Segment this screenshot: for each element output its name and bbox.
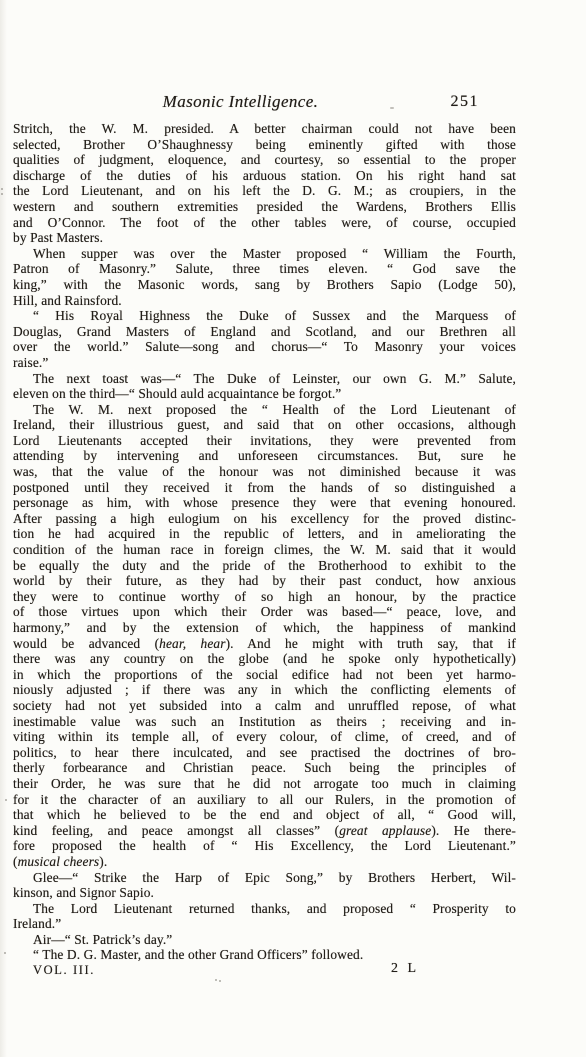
volume-label: VOL. III. [33,963,95,978]
paragraph: Glee—“ Strike the Harp of Epic Song,” by… [13,870,516,901]
text-line: inestimable value was such an Institutio… [13,714,516,730]
text-line: Stritch, the W. M. presided. A better ch… [13,121,516,137]
paragraph: “ His Royal Highness the Duke of Sussex … [13,308,516,370]
paragraph: When supper was over the Master proposed… [13,246,516,308]
text-line: qualities of judgment, eloquence, and co… [13,152,516,168]
text-line: Glee—“ Strike the Harp of Epic Song,” by… [13,870,516,886]
book-page: Masonic Intelligence. 251 Stritch, the W… [0,0,586,1057]
text-line: would be advanced (hear, hear). And he m… [13,636,516,652]
paragraph: The Lord Lieutenant returned thanks, and… [13,901,516,932]
text-line: Patron of Masonry.” Salute, three times … [13,261,516,277]
text-line: “ His Royal Highness the Duke of Sussex … [13,308,516,324]
text-line: eleven on the third—“ Should auld acquai… [13,386,516,402]
paragraph: The next toast was—“ The Duke of Leinste… [13,371,516,402]
text-line: Ireland, their illustrious guest, and sa… [13,417,516,433]
text-line: The W. M. next proposed the “ Health of … [13,402,516,418]
text-line: was, that the value of the honour was no… [13,464,516,480]
text-line: Hill, and Rainsford. [13,293,516,309]
text-line: selected, Brother O’Shaughnessy being em… [13,137,516,153]
text-line: personage as him, with whose presence th… [13,495,516,511]
ink-speck [1,188,3,190]
ink-speck [215,979,217,981]
text-line: king,” with the Masonic words, sang by B… [13,277,516,293]
text-line: Ireland.” [13,916,516,932]
text-line: After passing a high eulogium on his exc… [13,511,516,527]
ink-speck [390,107,394,109]
text-line: over the world.” Salute—song and chorus—… [13,339,516,355]
running-title: Masonic Intelligence. [163,92,319,112]
ink-speck [4,952,6,954]
text-line: The next toast was—“ The Duke of Leinste… [13,371,516,387]
text-line: kind feeling, and peace amongst all clas… [13,823,516,839]
text-line: (musical cheers). [13,854,516,870]
text-line: When supper was over the Master proposed… [13,246,516,262]
text-line: therly forbearance and Christian peace. … [13,760,516,776]
text-line: discharge of the duties of his arduous s… [13,168,516,184]
text-line: there was any country on the globe (and … [13,651,516,667]
text-line: kinson, and Signor Sapio. [13,885,516,901]
text-line: by Past Masters. [13,230,516,246]
text-line: tion he had acquired in the republic of … [13,526,516,542]
text-line: postponed until they received it from th… [13,480,516,496]
page-footer: VOL. III. 2 L [13,961,516,979]
text-line: the Lord Lieutenant, and on his left the… [13,183,516,199]
printer-signature-mark: 2 L [391,961,419,977]
text-line: they were to continue worthy of so high … [13,589,516,605]
text-line: Air—“ St. Patrick’s day.” [13,932,516,948]
text-line: that which he believed to be the end and… [13,807,516,823]
text-line: viting within its temple all, of every c… [13,729,516,745]
text-line: politics, to hear there inculcated, and … [13,745,516,761]
text-line: be equally the duty and the pride of the… [13,558,516,574]
text-line: western and southern extremities preside… [13,199,516,215]
paragraph: The W. M. next proposed the “ Health of … [13,402,516,870]
page-header: Masonic Intelligence. 251 [13,92,516,114]
text-line: The Lord Lieutenant returned thanks, and… [13,901,516,917]
text-line: and O’Connor. The foot of the other tabl… [13,215,516,231]
text-line: raise.” [13,355,516,371]
page-number: 251 [451,93,480,111]
paragraph: Air—“ St. Patrick’s day.” [13,932,516,948]
text-line: Douglas, Grand Masters of England and Sc… [13,324,516,340]
text-line: Lord Lieutenants accepted their invitati… [13,433,516,449]
text-line: their Order, he was sure that he did not… [13,776,516,792]
text-line: for it the character of an auxiliary to … [13,792,516,808]
text-line: of those virtues upon which their Order … [13,604,516,620]
text-line: attending by intervening and unforeseen … [13,448,516,464]
text-line: condition of the human race in foreign c… [13,542,516,558]
text-line: fore proposed the health of “ His Excell… [13,838,516,854]
text-line: society had not yet subsided into a calm… [13,698,516,714]
text-line: harmony,” and by the extension of which,… [13,620,516,636]
page-body: Stritch, the W. M. presided. A better ch… [13,121,516,963]
ink-speck [5,799,7,801]
text-line: niously adjusted ; if there was any in w… [13,682,516,698]
text-line: world by their future, as they had by th… [13,573,516,589]
paragraph: Stritch, the W. M. presided. A better ch… [13,121,516,246]
text-line: in which the proportions of the social e… [13,667,516,683]
